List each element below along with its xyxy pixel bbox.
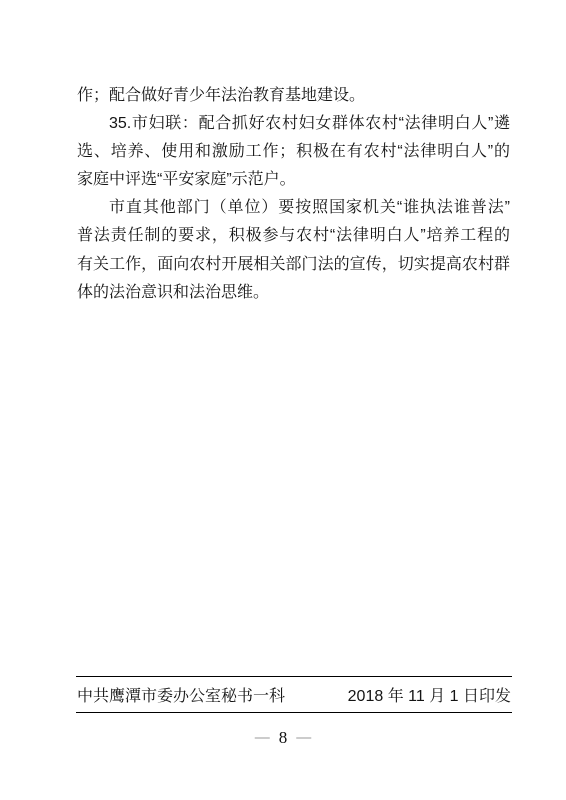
body-line: 35.市妇联：配合抓好农村妇女群体农村“法律明白人”遴 [77, 110, 510, 138]
print-date-label: 2018 年 11 月 1 日印发 [348, 683, 511, 706]
body-line: 家庭中评选“平安家庭”示范户。 [77, 166, 510, 194]
body-text-block: 作；配合做好青少年法治教育基地建设。 35.市妇联：配合抓好农村妇女群体农村“法… [77, 82, 510, 307]
colophon-row: 中共鹰潭市委办公室秘书一科 2018 年 11 月 1 日印发 [77, 678, 511, 711]
page-number-value: 8 [279, 728, 288, 748]
body-line: 市直其他部门（单位）要按照国家机关“谁执法谁普法” [77, 194, 510, 222]
body-line: 作；配合做好青少年法治教育基地建设。 [77, 82, 510, 110]
body-line: 选、培养、使用和激励工作；积极在有农村“法律明白人”的 [77, 138, 510, 166]
page-number-left-dash: — [255, 728, 270, 748]
colophon-bottom-rule [76, 712, 512, 713]
body-line: 普法责任制的要求，积极参与农村“法律明白人”培养工程的 [77, 222, 510, 250]
page-number: — 8 — [0, 728, 566, 748]
page-number-right-dash: — [296, 728, 311, 748]
document-page: 作；配合做好青少年法治教育基地建设。 35.市妇联：配合抓好农村妇女群体农村“法… [0, 0, 566, 800]
issuing-office-label: 中共鹰潭市委办公室秘书一科 [77, 683, 285, 706]
body-line: 有关工作，面向农村开展相关部门法的宣传，切实提高农村群 [77, 251, 510, 279]
body-line: 体的法治意识和法治思维。 [77, 279, 510, 307]
